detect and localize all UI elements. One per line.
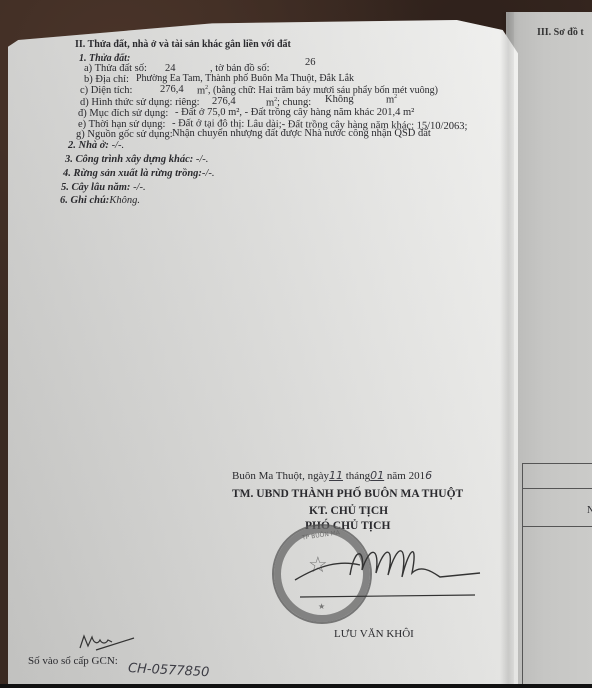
area-unit: m2 [197,85,208,97]
map-sheet-number: 26 [305,58,316,69]
registry-initials [78,632,138,654]
item-planted-forest: 4. Rừng sản xuất là rừng trồng:-/-. [63,169,214,180]
area-label: c) Diện tích: [80,86,132,97]
purpose-label: đ) Mục đích sử dụng: [78,109,168,120]
right-page-title: III. Sơ đồ t [537,28,584,38]
origin-label: g) Nguồn gốc sử dụng: [76,130,173,141]
section-title: II. Thửa đất, nhà ở và tài sản khác gắn … [75,40,291,50]
origin-value: Nhận chuyển nhượng đất được Nhà nước côn… [172,129,431,140]
page-fold [500,12,514,688]
bottom-edge [0,684,592,688]
right-page-table: N [522,463,592,688]
org-name: TM. UBND THÀNH PHỐ BUÔN MA THUỘT [232,489,463,501]
area-words: , (bằng chữ: Hai trăm bảy mươi sáu phẩy … [208,86,438,96]
registry-number: CH-0577850 [128,662,210,679]
item-house: 2. Nhà ở: -/-. [68,141,124,152]
purpose-value: - Đất ở 75,0 m², - Đất trồng cây hàng nă… [175,108,414,119]
address-label: b) Địa chỉ: [84,75,129,86]
signature-mark [290,535,500,615]
item-other-construction: 3. Công trình xây dựng khác: -/-. [65,155,208,166]
usage-common-value: Không [325,95,354,106]
item-notes: 6. Ghi chú:Không. [60,196,140,207]
place-date: Buôn Ma Thuột, ngày11 tháng01 năm 2016 [232,470,432,482]
signer-name: LƯU VĂN KHÔI [334,629,414,640]
registry-label: Số vào sổ cấp GCN: [28,656,118,667]
role-chairman: KT. CHỦ TỊCH [309,506,388,518]
item-perennial-trees: 5. Cây lâu năm: -/-. [61,183,146,194]
usage-private-value: 276,4 [212,97,236,108]
usage-common-unit: m2 [386,94,397,106]
right-box-text: N [587,506,592,516]
area-value: 276,4 [160,85,184,96]
address-value: Phường Ea Tam, Thành phố Buôn Ma Thuột, … [136,74,354,84]
